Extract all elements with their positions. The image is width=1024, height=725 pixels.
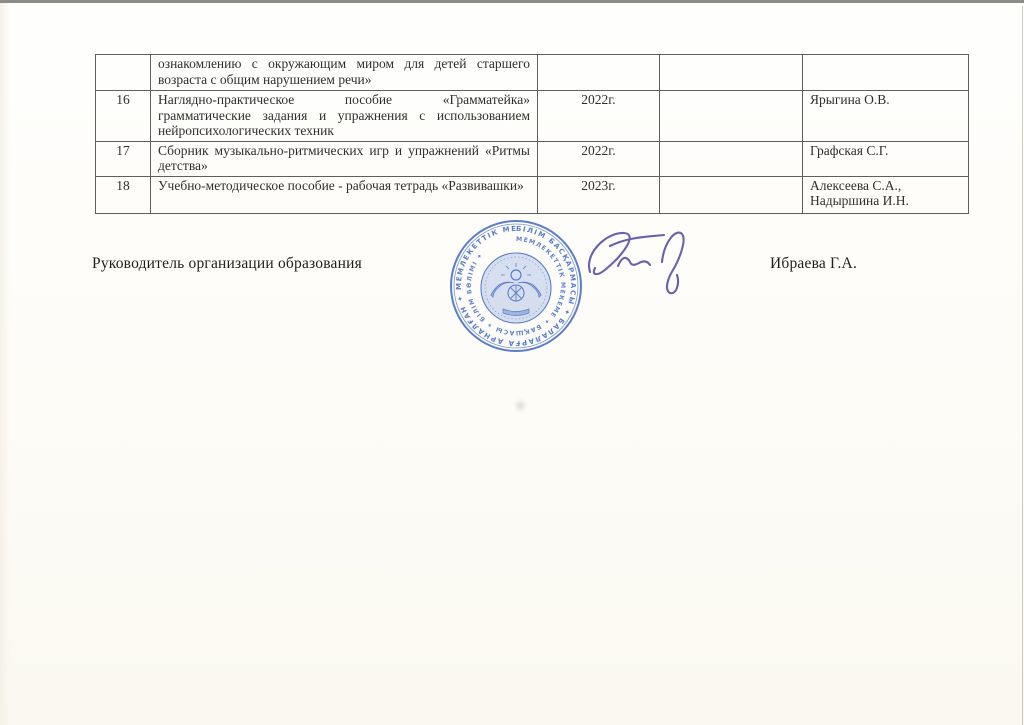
cell-number: 18 [96, 176, 151, 213]
cell-authors: Графская С.Г. [803, 141, 969, 176]
cell-note [660, 91, 803, 142]
cell-year: 2022г. [538, 141, 660, 176]
table-row: 17 Сборник музыкально-ритмических игр и … [96, 141, 969, 176]
cell-title: Сборник музыкально-ритмических игр и упр… [151, 141, 538, 176]
stamp-emblem [481, 253, 551, 323]
publications-table: ознакомлению с окружающим миром для дете… [95, 54, 969, 214]
cell-number: 16 [96, 91, 151, 142]
cell-note [660, 55, 803, 91]
cell-title: Наглядно-практическое пособие «Грамматей… [151, 91, 538, 142]
cell-authors [803, 55, 969, 91]
cell-title: Учебно-методическое пособие - рабочая те… [151, 176, 538, 213]
scan-edge-left [0, 3, 10, 725]
cell-title: ознакомлению с окружающим миром для дете… [151, 55, 538, 91]
cell-note [660, 176, 803, 213]
cell-authors: Алексеева С.А., Надыршина И.Н. [803, 176, 969, 213]
signer-name: Ибраева Г.А. [770, 255, 857, 273]
table-row: 16 Наглядно-практическое пособие «Грамма… [96, 91, 969, 142]
cell-year: 2022г. [538, 91, 660, 142]
role-label: Руководитель организации образования [92, 255, 362, 273]
cell-number [96, 55, 151, 91]
official-stamp: БІЛІМ БАСҚАРМАСЫ ✦ БАЛАЛАРҒА АРНАЛҒАН ✦ … [447, 217, 585, 355]
cell-authors: Ярыгина О.В. [803, 91, 969, 142]
table-row: 18 Учебно-методическое пособие - рабочая… [96, 176, 969, 213]
cell-note [660, 141, 803, 176]
handwritten-signature [580, 224, 725, 304]
scan-edge-top [0, 0, 1024, 3]
cell-year: 2023г. [538, 176, 660, 213]
scan-smudge [513, 399, 528, 412]
cell-year [538, 55, 660, 91]
scan-edge-right [1022, 6, 1023, 725]
cell-number: 17 [96, 141, 151, 176]
table-row: ознакомлению с окружающим миром для дете… [96, 55, 969, 91]
